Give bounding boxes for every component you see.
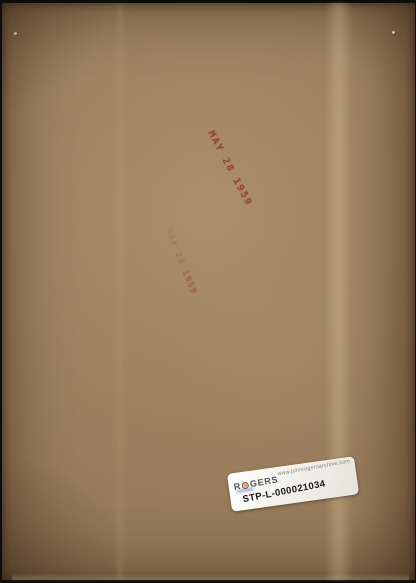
paper-bottom-edge-highlight	[12, 573, 409, 580]
kraft-paper-back: MAY 28 1959 MAY 28 1959 www.johnrogersar…	[2, 3, 415, 580]
date-stamp-faded: MAY 28 1959	[163, 227, 199, 296]
photo-verso-scan: MAY 28 1959 MAY 28 1959 www.johnrogersar…	[0, 0, 416, 583]
paper-speck	[392, 31, 395, 34]
date-stamp: MAY 28 1959	[205, 129, 254, 208]
sticker-website-text: www.johnrogersarchive.com	[277, 459, 351, 478]
paper-speck	[14, 32, 17, 35]
paper-crease-faint	[114, 3, 126, 580]
paper-right-shading	[357, 3, 415, 580]
